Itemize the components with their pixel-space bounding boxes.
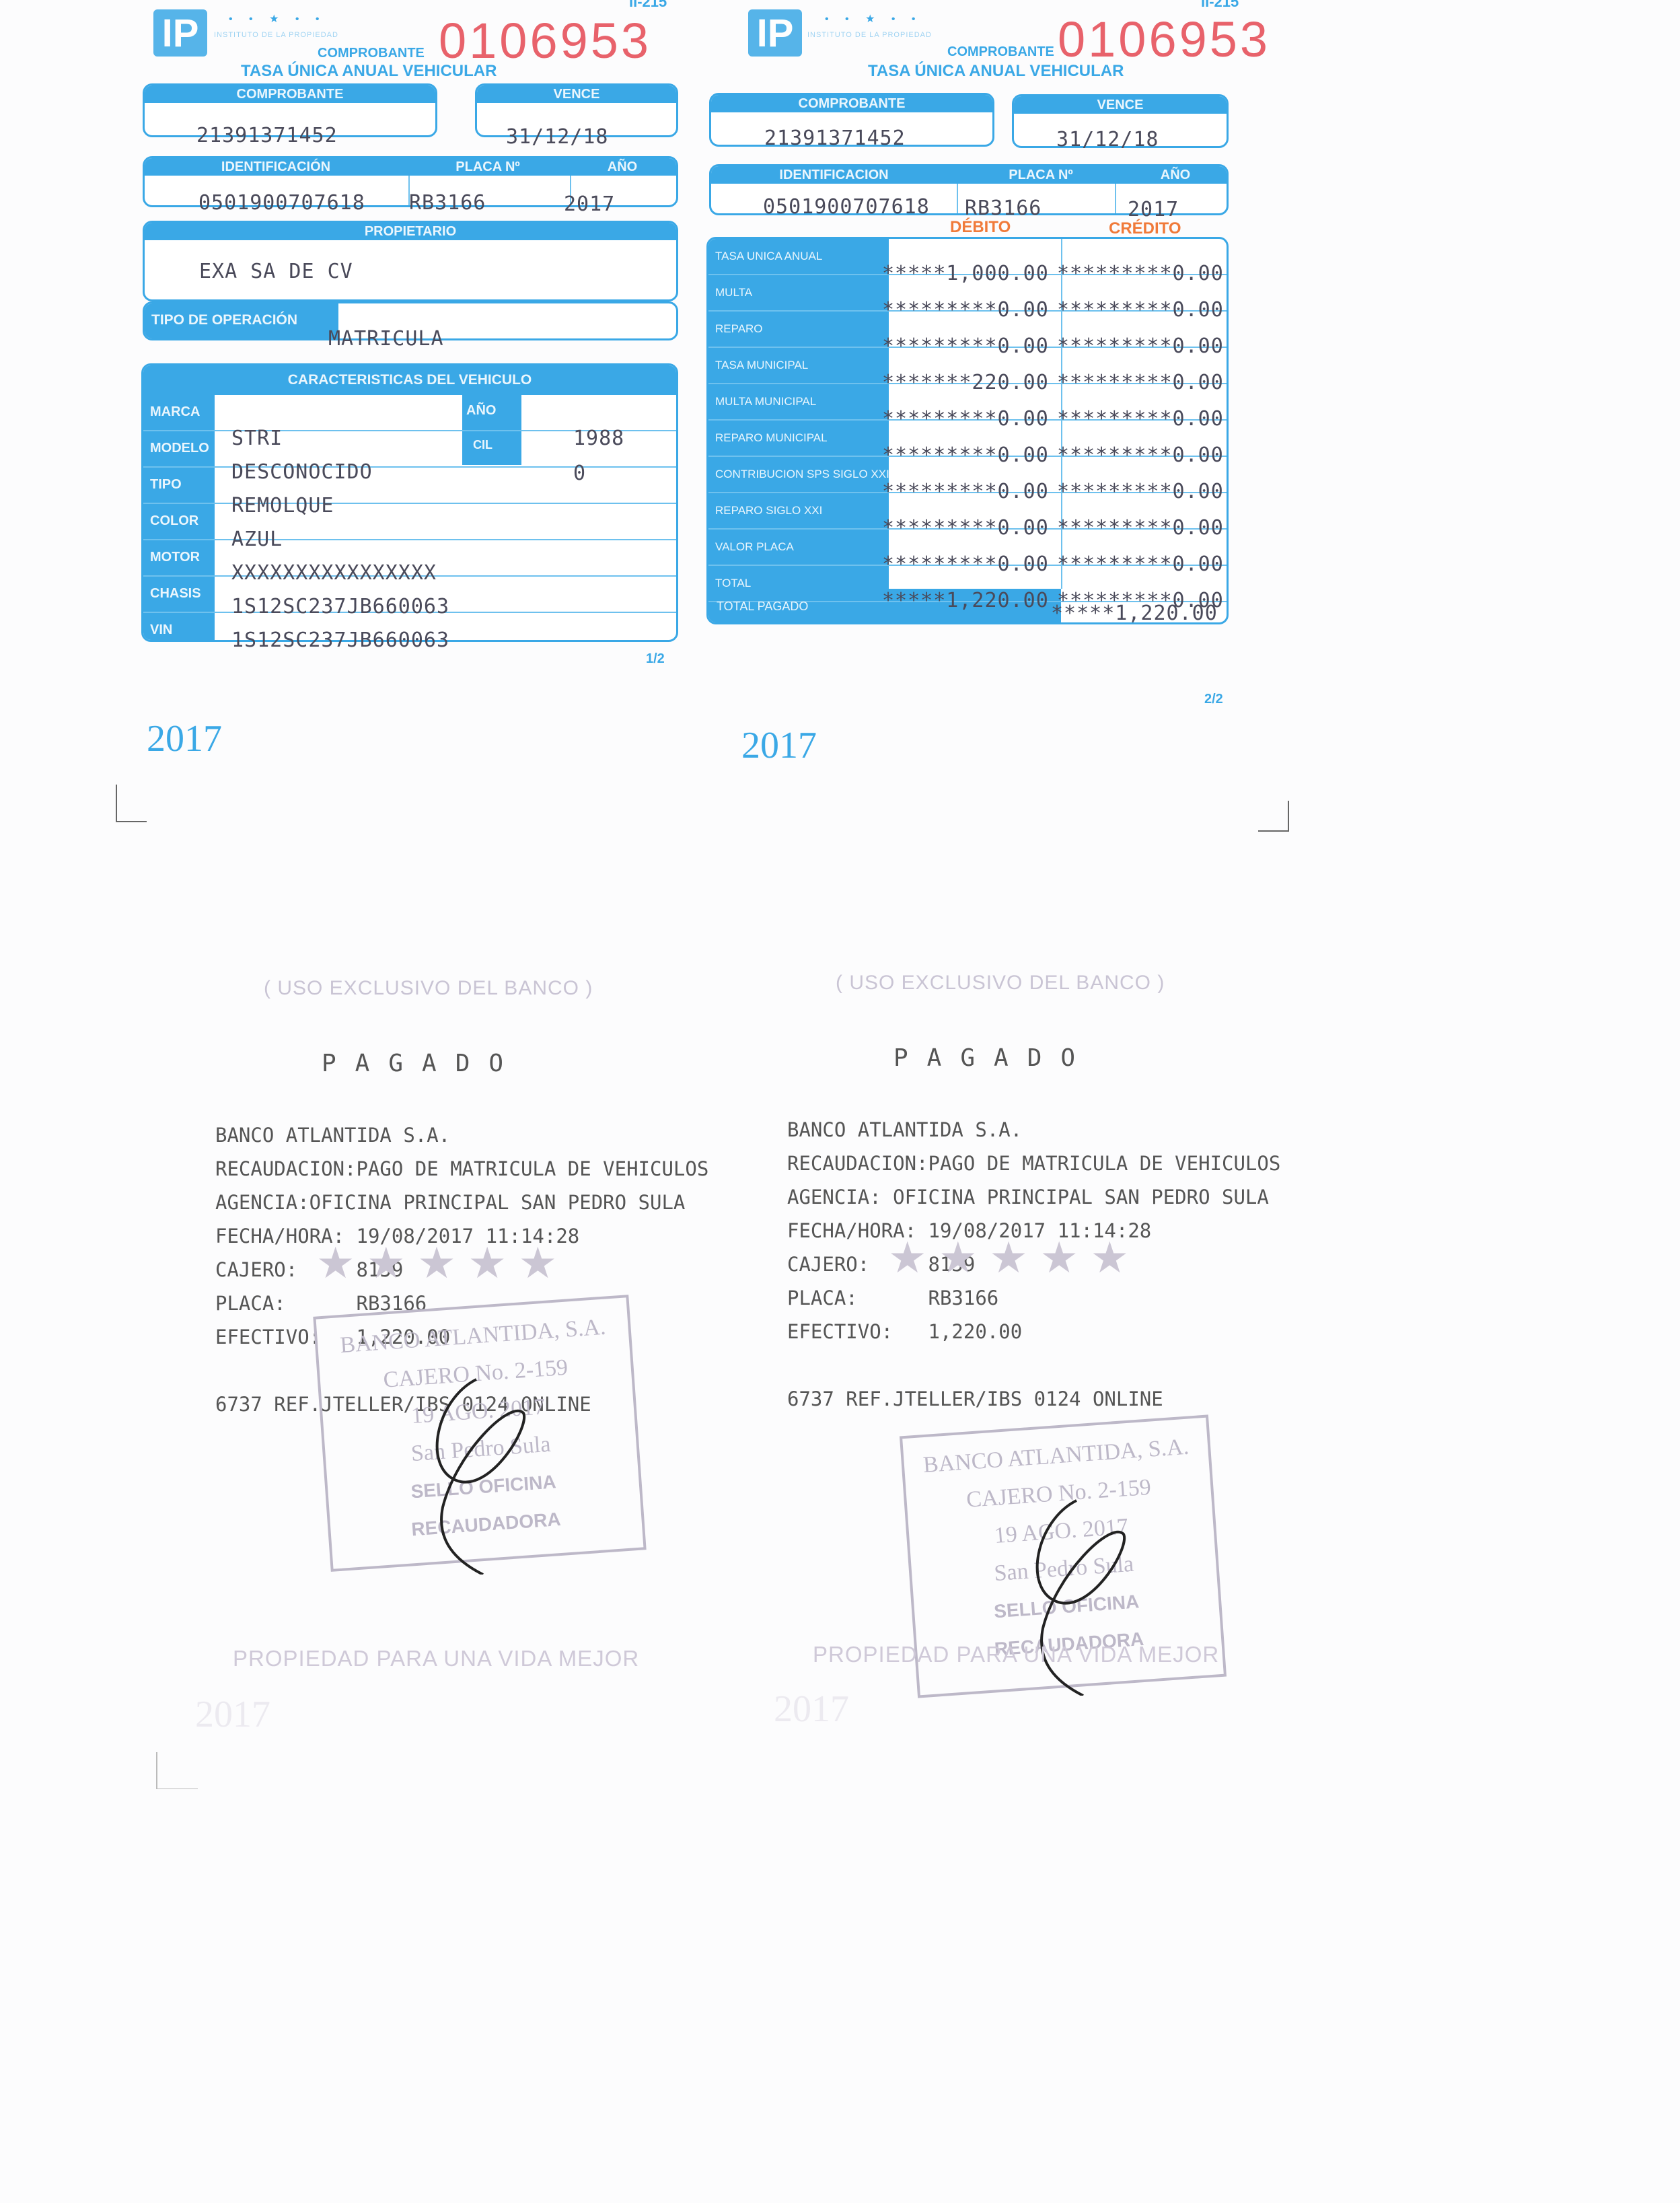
comprobante-field-label: COMPROBANTE [711, 95, 992, 112]
vence-field-label: VENCE [477, 85, 676, 103]
institute-name: INSTITUTO DE LA PROPIEDAD [807, 31, 932, 39]
caracteristica-label: TIPO [150, 477, 182, 493]
comprobante-field-label: COMPROBANTE [145, 85, 435, 103]
propietario-label: PROPIETARIO [145, 223, 676, 240]
charge-label: TASA UNICA ANUAL [715, 250, 822, 263]
caracteristicas-label: CARACTERISTICAS DEL VEHICULO [143, 365, 676, 395]
placa-value: RB3166 [965, 196, 1042, 220]
institute-logo-icon: IP [748, 9, 802, 57]
form-title: TASA ÚNICA ANUAL VEHICULAR [868, 62, 1124, 81]
caracteristica-label: VIN [150, 622, 172, 638]
motto: PROPIEDAD PARA UNA VIDA MEJOR [233, 1646, 639, 1671]
vence-field-label: VENCE [1014, 96, 1227, 114]
comprobante-value: 21391371452 [764, 127, 906, 150]
placa-label: PLACA Nº [957, 166, 1125, 184]
motto: PROPIEDAD PARA UNA VIDA MEJOR [813, 1642, 1219, 1667]
crop-mark [1258, 801, 1289, 832]
charge-label: TASA MUNICIPAL [715, 359, 808, 372]
star-icon: ★ ★ ★ ★ ★ [888, 1233, 1129, 1283]
caracteristica-value: 1S12SC237JB660063 [231, 595, 449, 618]
identificacion-value: 0501900707618 [763, 195, 930, 219]
crop-mark [116, 785, 147, 822]
charge-row: CONTRIBUCION SPS SIGLO XXI*********0.00*… [708, 457, 1229, 493]
debito-header: DÉBITO [950, 218, 1011, 237]
caracteristica-value: REMOLQUE [231, 494, 334, 517]
charge-row: TOTAL*****1,220.00*********0.00 [708, 566, 1229, 602]
year-watermark: 2017 [741, 724, 817, 767]
divider [957, 184, 958, 215]
placa-value: RB3166 [409, 191, 486, 215]
car-ano-value: 1988 [573, 427, 624, 450]
comprobante-value: 21391371452 [196, 124, 338, 147]
ano-label: AÑO [1125, 166, 1226, 184]
charge-label: MULTA MUNICIPAL [715, 395, 816, 408]
star-icon: ★ ★ ★ ★ ★ [316, 1238, 557, 1289]
charge-debit: *****1,220.00 [882, 589, 1049, 612]
credito-header: CRÉDITO [1109, 219, 1181, 238]
charge-row: VALOR PLACA*********0.00*********0.00 [708, 530, 1229, 566]
propietario-value: EXA SA DE CV [199, 260, 353, 283]
id-row-labels: IDENTIFICACION PLACA Nº AÑO [711, 166, 1227, 184]
id-row-labels: IDENTIFICACIÓN PLACA Nº AÑO [145, 158, 676, 176]
institute-logo-icon: IP [153, 9, 207, 57]
serial-number: 0106953 [1058, 11, 1270, 68]
caracteristica-row: COLOR [143, 504, 678, 540]
identificacion-label: IDENTIFICACION [711, 166, 957, 184]
caracteristica-label: COLOR [150, 513, 198, 529]
year-watermark: 2017 [147, 717, 222, 760]
caracteristica-value: DESCONOCIDO [231, 460, 373, 484]
charge-label: VALOR PLACA [715, 540, 794, 554]
caracteristica-label: CHASIS [150, 586, 201, 602]
paid-status: PAGADO [893, 1044, 1094, 1072]
charge-label: MULTA [715, 286, 752, 299]
logo-text: IP [162, 11, 199, 56]
charges-rows: TASA UNICA ANUAL*****1,000.00*********0.… [708, 239, 1229, 602]
ano-label: AÑO [569, 158, 676, 176]
caracteristica-value: STRI [231, 427, 283, 450]
institute-stars: • • ★ • • [825, 12, 922, 26]
charge-row: REPARO SIGLO XXI*********0.00*********0.… [708, 493, 1229, 530]
ano-value: 2017 [564, 192, 615, 216]
caracteristica-row: MARCA [143, 395, 678, 431]
bank-header: ( USO EXCLUSIVO DEL BANCO ) [836, 972, 1165, 995]
tipo-operacion-value: MATRICULA [328, 327, 444, 351]
paid-status: PAGADO [322, 1050, 522, 1077]
signature-icon [396, 1373, 571, 1575]
vence-value: 31/12/18 [506, 125, 609, 149]
charge-row: MULTA MUNICIPAL*********0.00*********0.0… [708, 384, 1229, 421]
logo-text: IP [757, 11, 794, 56]
caracteristica-value: AZUL [231, 528, 283, 551]
comprobante-label: COMPROBANTE [318, 46, 425, 61]
ano-value: 2017 [1128, 198, 1179, 221]
charge-label: REPARO SIGLO XXI [715, 504, 822, 517]
charge-row: REPARO*********0.00*********0.00 [708, 312, 1229, 348]
form-title: TASA ÚNICA ANUAL VEHICULAR [241, 62, 497, 81]
caracteristica-value: XXXXXXXXXXXXXXXX [231, 561, 437, 585]
vence-value: 31/12/18 [1056, 128, 1159, 151]
charge-row: MULTA*********0.00*********0.00 [708, 275, 1229, 312]
charge-label: REPARO MUNICIPAL [715, 431, 828, 445]
caracteristica-value: 1S12SC237JB660063 [231, 628, 449, 652]
institute-name: INSTITUTO DE LA PROPIEDAD [214, 31, 338, 39]
page-number: 1/2 [646, 651, 665, 667]
caracteristica-row: TIPO [143, 468, 678, 504]
charges-box: TASA UNICA ANUAL*****1,000.00*********0.… [706, 237, 1229, 624]
charge-row: REPARO MUNICIPAL*********0.00*********0.… [708, 421, 1229, 457]
year-watermark: 2017 [774, 1688, 849, 1731]
crop-mark [156, 1752, 198, 1789]
form-code: II-215 [1201, 0, 1239, 11]
charge-label: TOTAL [715, 577, 751, 590]
caracteristica-label: MARCA [150, 404, 200, 420]
caracteristica-label: MOTOR [150, 550, 200, 565]
identificacion-label: IDENTIFICACIÓN [145, 158, 407, 176]
car-cil-value: 0 [573, 462, 586, 485]
total-pagado-value: *****1,220.00 [1051, 602, 1218, 625]
charge-label: CONTRIBUCION SPS SIGLO XXI [715, 468, 889, 481]
bank-header: ( USO EXCLUSIVO DEL BANCO ) [264, 977, 593, 1000]
caracteristica-label: MODELO [150, 441, 209, 456]
identificacion-value: 0501900707618 [198, 191, 365, 215]
charge-label: REPARO [715, 322, 763, 336]
page-number: 2/2 [1204, 692, 1223, 707]
comprobante-label: COMPROBANTE [947, 44, 1054, 60]
placa-label: PLACA Nº [407, 158, 569, 176]
institute-stars: • • ★ • • [229, 12, 326, 26]
tipo-operacion-label: TIPO DE OPERACIÓN [145, 303, 338, 338]
form-code: II-215 [629, 0, 667, 11]
total-pagado-label: TOTAL PAGADO [717, 600, 808, 614]
charge-row: TASA MUNICIPAL*******220.00*********0.00 [708, 348, 1229, 384]
charge-row: TASA UNICA ANUAL*****1,000.00*********0.… [708, 239, 1229, 275]
serial-number: 0106953 [439, 12, 651, 69]
year-watermark: 2017 [195, 1693, 270, 1736]
divider [1115, 184, 1116, 215]
